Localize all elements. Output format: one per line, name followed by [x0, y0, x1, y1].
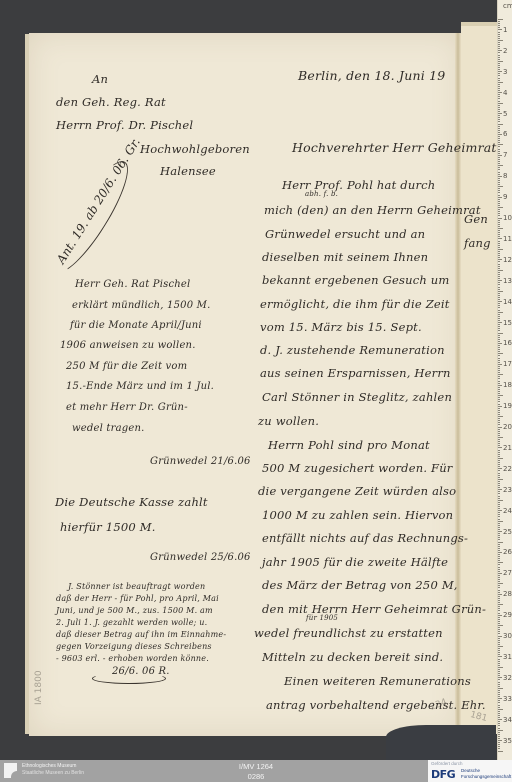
ruler-tick [498, 318, 500, 319]
ruler-tick [498, 245, 500, 246]
ruler-tick [498, 489, 502, 490]
ruler-tick [498, 523, 500, 524]
ruler-tick [498, 266, 500, 267]
ruler-tick [498, 157, 500, 158]
ruler-tick [498, 462, 500, 463]
ruler-tick [498, 220, 500, 221]
ruler-tick [498, 481, 500, 482]
ruler-tick [498, 209, 500, 210]
ruler-tick [498, 73, 500, 74]
ruler-tick [498, 362, 500, 363]
ruler-tick [498, 654, 500, 655]
ruler-tick [498, 312, 503, 313]
ruler-tick [498, 345, 500, 346]
ruler-label: 14 [503, 298, 512, 306]
ruler-label: 12 [503, 256, 512, 264]
ruler-label: 35 [503, 737, 512, 745]
record-info: I/MV 1264 0286 [206, 762, 306, 781]
ruler-tick [498, 381, 500, 382]
ruler-tick [498, 671, 500, 672]
ruler-tick [498, 291, 503, 292]
body-line: jahr 1905 für die zweite Hälfte [262, 555, 448, 569]
ruler-tick [498, 583, 503, 584]
ruler-tick [498, 211, 500, 212]
ruler-tick [498, 721, 500, 722]
funder-name: Deutsche Forschungsgemeinschaft [461, 768, 511, 779]
ruler-tick [498, 391, 500, 392]
address-line: Halensee [160, 164, 216, 178]
ruler-tick [498, 684, 500, 685]
ruler-tick [498, 144, 503, 145]
ruler-label: 26 [503, 548, 512, 556]
ruler-label: 1 [503, 26, 507, 34]
ruler-tick [498, 427, 502, 428]
ruler-tick [498, 224, 500, 225]
ruler-label: 3 [503, 68, 507, 76]
ruler-tick [498, 366, 500, 367]
ruler-tick [498, 215, 500, 216]
ruler-tick [498, 59, 500, 60]
ruler-tick [498, 238, 502, 239]
ruler-tick [498, 333, 503, 334]
ruler-label: 13 [503, 277, 512, 285]
ruler-tick [498, 27, 500, 28]
ruler-tick [498, 477, 500, 478]
ruler-tick [498, 126, 500, 127]
ruler-tick [498, 257, 500, 258]
ruler-tick [498, 197, 502, 198]
ruler-tick [498, 414, 500, 415]
ruler-tick [498, 640, 500, 641]
ruler-tick [498, 648, 500, 649]
ruler-label: 34 [503, 716, 512, 724]
ruler-tick [498, 96, 500, 97]
ruler-tick [498, 633, 500, 634]
note-line: - 9603 erl. - erhoben worden könne. [56, 654, 209, 663]
ruler-tick [498, 702, 500, 703]
ruler-tick [498, 280, 502, 281]
ruler-tick [498, 673, 500, 674]
ruler-tick [498, 236, 500, 237]
ruler-tick [498, 506, 500, 507]
ruler-tick [498, 627, 500, 628]
ruler-tick [498, 130, 500, 131]
ruler-tick [498, 587, 500, 588]
note-line: wedel tragen. [72, 423, 144, 434]
body-line: vom 15. März bis 15. Sept. [260, 320, 422, 334]
body-line: antrag vorbehaltend ergebenst. Ehr. [266, 698, 486, 712]
ruler-tick [498, 581, 500, 582]
body-line: Grünwedel ersucht und an [265, 227, 425, 241]
ruler-tick [498, 450, 500, 451]
ruler-tick [498, 276, 500, 277]
salutation: Hochverehrter Herr Geheimrat [292, 140, 497, 155]
ruler-tick [498, 546, 500, 547]
ruler-tick [498, 295, 500, 296]
ruler-tick [498, 124, 503, 125]
ruler-tick [498, 665, 500, 666]
ruler-tick [498, 111, 500, 112]
ruler-label: 18 [503, 381, 512, 389]
ruler-tick [498, 307, 500, 308]
ruler-tick [498, 358, 500, 359]
ruler-tick [498, 75, 500, 76]
ruler-tick [498, 163, 500, 164]
ruler-tick [498, 569, 500, 570]
ruler-label: 25 [503, 528, 512, 536]
ruler-label: 4 [503, 89, 507, 97]
ruler-tick [498, 52, 500, 53]
ruler-tick [498, 32, 500, 33]
ruler-tick [498, 226, 500, 227]
ruler-tick [498, 98, 500, 99]
ruler-tick [498, 571, 500, 572]
note-line: J. Stönner ist beauftragt worden [68, 582, 205, 591]
address-line: Herrn Prof. Dr. Pischel [56, 118, 193, 132]
ruler-tick [498, 452, 500, 453]
ruler-label: 32 [503, 674, 512, 682]
ruler-tick [498, 573, 502, 574]
ruler-tick [498, 40, 503, 41]
ruler-tick [498, 525, 500, 526]
ruler-tick [498, 222, 500, 223]
ruler-tick [498, 433, 500, 434]
ruler-tick [498, 514, 500, 515]
ruler-tick [498, 174, 500, 175]
ruler-tick [498, 608, 500, 609]
ruler-label: 28 [503, 590, 512, 598]
ruler-tick [498, 84, 500, 85]
ruler-label: 7 [503, 151, 507, 159]
book-gutter [455, 33, 461, 736]
body-line: Herr Prof. Pohl hat durch [282, 178, 435, 192]
ruler-tick [498, 284, 500, 285]
ruler-tick [498, 310, 500, 311]
ruler-tick [498, 661, 500, 662]
institution-block: Ethnologisches Museum Staatliche Museen … [22, 763, 84, 777]
ruler-tick [498, 579, 500, 580]
ruler-tick [498, 420, 500, 421]
ruler-tick [498, 142, 500, 143]
ruler-tick [498, 355, 500, 356]
ruler-tick [498, 178, 500, 179]
ruler-tick [498, 631, 500, 632]
ruler-tick [498, 698, 502, 699]
ruler-tick [498, 326, 500, 327]
ruler-tick [498, 621, 500, 622]
interlinear-note: für 1905 [306, 614, 338, 622]
ruler-tick [498, 113, 502, 114]
ruler-tick [498, 677, 502, 678]
ruler-tick [498, 483, 500, 484]
ruler-tick [498, 270, 503, 271]
ruler-label: 27 [503, 569, 512, 577]
ruler-tick [498, 667, 503, 668]
ruler-tick [498, 165, 503, 166]
body-line: ermöglicht, die ihm für die Zeit [260, 297, 450, 311]
ruler-tick [498, 55, 500, 56]
ruler-tick [498, 475, 500, 476]
signature: Grünwedel 25/6.06 [150, 552, 251, 563]
ruler-tick [498, 682, 500, 683]
ruler-tick [498, 368, 500, 369]
ruler-tick [498, 594, 502, 595]
ruler-tick [498, 619, 500, 620]
ruler-tick [498, 389, 500, 390]
ruler-tick [498, 289, 500, 290]
ruler-tick [498, 253, 500, 254]
ruler-tick [498, 80, 500, 81]
ruler-tick [498, 305, 500, 306]
ruler-tick [498, 249, 503, 250]
ruler-tick [498, 176, 502, 177]
ruler-tick [498, 44, 500, 45]
inventory-number: IA 1800 [34, 670, 44, 705]
ruler-tick [498, 153, 500, 154]
ruler-tick [498, 456, 500, 457]
ruler-tick [498, 625, 503, 626]
ruler-tick [498, 629, 500, 630]
ruler-tick [498, 558, 500, 559]
body-line: d. J. zustehende Remuneration [260, 343, 445, 357]
ruler-tick [498, 159, 500, 160]
page-number: 0286 [206, 772, 306, 782]
ruler-tick [498, 232, 500, 233]
ruler-tick [498, 140, 500, 141]
ruler-tick [498, 339, 500, 340]
body-line: mich (den) an den Herrn Geheimrat [264, 203, 481, 217]
ruler-label: 22 [503, 465, 512, 473]
ruler-tick [498, 458, 503, 459]
ruler-tick [498, 577, 500, 578]
ruler-tick [498, 36, 500, 37]
ruler-tick [498, 617, 500, 618]
ruler-tick [498, 199, 500, 200]
museum-logo-icon [4, 763, 17, 778]
ruler-tick [498, 397, 500, 398]
ruler-tick [498, 585, 500, 586]
ruler-tick [498, 464, 500, 465]
ruler-tick [498, 500, 503, 501]
ruler-tick [498, 728, 500, 729]
ruler-tick [498, 748, 500, 749]
ruler-tick [498, 383, 500, 384]
ruler-tick [498, 652, 500, 653]
ruler-label: 21 [503, 444, 512, 452]
ruler-tick [498, 598, 500, 599]
ruler-tick [498, 50, 502, 51]
ruler-tick [498, 101, 500, 102]
ruler-tick [498, 82, 503, 83]
ruler-tick [498, 69, 500, 70]
note-line: 2. Juli 1. J. gezahlt werden wolle; u. [56, 618, 207, 627]
ruler-tick [498, 207, 503, 208]
ruler-tick [498, 128, 500, 129]
ruler-tick [498, 406, 502, 407]
ruler-label: 19 [503, 402, 512, 410]
ruler-tick [498, 182, 500, 183]
body-line: den mit Herrn Herr Geheimrat Grün- [262, 602, 486, 616]
note-line: 15.-Ende März und im 1 Jul. [66, 381, 214, 392]
ruler-tick [498, 94, 500, 95]
ruler-label: 30 [503, 632, 512, 640]
ruler-tick [498, 88, 500, 89]
ruler-tick [498, 169, 500, 170]
ruler-tick [498, 738, 500, 739]
note-line: für die Monate April/Juni [70, 320, 202, 331]
ruler-tick [498, 63, 500, 64]
ruler-tick [498, 675, 500, 676]
ruler-tick [498, 445, 500, 446]
ruler-label: 15 [503, 319, 512, 327]
ruler-tick [498, 399, 500, 400]
ruler-tick [498, 121, 500, 122]
ruler-tick [498, 431, 500, 432]
ruler-tick [498, 335, 500, 336]
ruler-tick [498, 320, 500, 321]
ruler-tick [498, 86, 500, 87]
ruler-tick [498, 278, 500, 279]
body-line: Mitteln zu decken bereit sind. [262, 650, 443, 664]
ruler-tick [498, 103, 503, 104]
ruler-tick [498, 535, 500, 536]
institution-subtitle: Staatliche Museen zu Berlin [22, 770, 84, 777]
ruler-tick [498, 115, 500, 116]
institution-name: Ethnologisches Museum [22, 763, 84, 770]
ruler-tick [498, 167, 500, 168]
ruler-tick [498, 516, 500, 517]
dateline: Berlin, den 18. Juni 19 [298, 68, 445, 83]
ruler-tick [498, 590, 500, 591]
ruler-tick [498, 57, 500, 58]
ruler-tick [498, 707, 500, 708]
ruler-tick [498, 251, 500, 252]
note-line: erklärt mündlich, 1500 M. [72, 300, 211, 311]
ruler-tick [498, 65, 500, 66]
ruler-tick [498, 575, 500, 576]
ruler-tick [498, 736, 500, 737]
ruler-tick [498, 663, 500, 664]
note-line: 250 M für die Zeit vom [66, 361, 187, 372]
ruler-label: 24 [503, 507, 512, 515]
ruler-tick [498, 606, 500, 607]
ruler-tick [498, 247, 500, 248]
ruler-tick [498, 700, 500, 701]
ruler-tick [498, 418, 500, 419]
ruler-tick [498, 521, 503, 522]
ruler-tick [498, 351, 500, 352]
ruler-label: 29 [503, 611, 512, 619]
ruler-tick [498, 447, 502, 448]
ruler-tick [498, 562, 503, 563]
ruler-tick [498, 132, 500, 133]
ruler-tick [498, 416, 503, 417]
ruler-tick [498, 337, 500, 338]
ruler-tick [498, 109, 500, 110]
ruler-tick [498, 161, 500, 162]
note-line: gegen Vorzeigung dieses Schreibens [56, 642, 212, 651]
ruler-tick [498, 234, 500, 235]
ruler-tick [498, 742, 500, 743]
address-line: Hochwohlgeboren [140, 142, 250, 156]
note-line: hierfür 1500 M. [60, 520, 156, 534]
ruler-tick [498, 610, 500, 611]
ruler-tick [498, 67, 500, 68]
note-line: Juni, und je 500 M., zus. 1500 M. am [56, 606, 213, 615]
ruler-tick [498, 510, 502, 511]
document-scan-viewport: Gen fang An den Geh. Reg. Rat Herrn Prof… [0, 0, 512, 760]
ruler-tick [498, 424, 500, 425]
ruler-unit-label: cm [503, 2, 512, 10]
funder-name-line: Forschungsgemeinschaft [461, 774, 511, 780]
ruler-tick [498, 717, 500, 718]
facing-page: Gen fang [461, 26, 497, 734]
ruler-label: 31 [503, 653, 512, 661]
ruler-tick [498, 42, 500, 43]
body-line: Herrn Pohl sind pro Monat [268, 438, 430, 452]
ruler-tick [498, 314, 500, 315]
ruler-tick [498, 272, 500, 273]
ruler-tick [498, 385, 502, 386]
ruler-tick [498, 650, 500, 651]
ruler-tick [498, 61, 503, 62]
ruler-tick [498, 460, 500, 461]
record-id: I/MV 1264 [206, 762, 306, 772]
ruler-tick [498, 401, 500, 402]
ruler-label: 23 [503, 486, 512, 494]
ruler-tick [498, 188, 500, 189]
address-line: An [92, 72, 108, 86]
ruler-tick [498, 548, 500, 549]
ruler-tick [498, 596, 500, 597]
ruler-tick [498, 512, 500, 513]
ruler-tick [498, 105, 500, 106]
ruler-tick [498, 688, 503, 689]
ruler-tick [498, 636, 502, 637]
signature: Grünwedel 21/6.06 [150, 456, 251, 467]
ruler-tick [498, 638, 500, 639]
ruler-tick [498, 719, 502, 720]
ruler-tick [498, 374, 503, 375]
ruler-tick [498, 404, 500, 405]
facing-page-fragment: fang [464, 236, 491, 250]
ruler-tick [498, 29, 502, 30]
ruler-tick [498, 213, 500, 214]
ruler-tick [498, 264, 500, 265]
ruler-tick [498, 493, 500, 494]
ruler-tick [498, 330, 500, 331]
ruler-tick [498, 255, 500, 256]
note-line: daß dieser Betrag auf ihn im Einnahme- [56, 630, 226, 639]
ruler-tick [498, 184, 500, 185]
body-line: des März der Betrag von 250 M, [262, 578, 458, 592]
ruler-tick [498, 669, 500, 670]
ruler-tick [498, 454, 500, 455]
note-line: daß der Herr - für Pohl, pro April, Mai [56, 594, 219, 603]
ruler-tick [498, 468, 502, 469]
ruler-tick [498, 376, 500, 377]
ruler-tick [498, 730, 503, 731]
ruler-tick [498, 429, 500, 430]
ruler-tick [498, 136, 500, 137]
ruler-tick [498, 734, 500, 735]
scale-ruler: cm 1234567891011121314151617181920212223… [497, 0, 512, 760]
ruler-tick [498, 410, 500, 411]
ruler-tick [498, 46, 500, 47]
ruler-tick [498, 502, 500, 503]
ruler-tick [498, 261, 500, 262]
body-line: wedel freundlichst zu erstatten [254, 626, 443, 640]
